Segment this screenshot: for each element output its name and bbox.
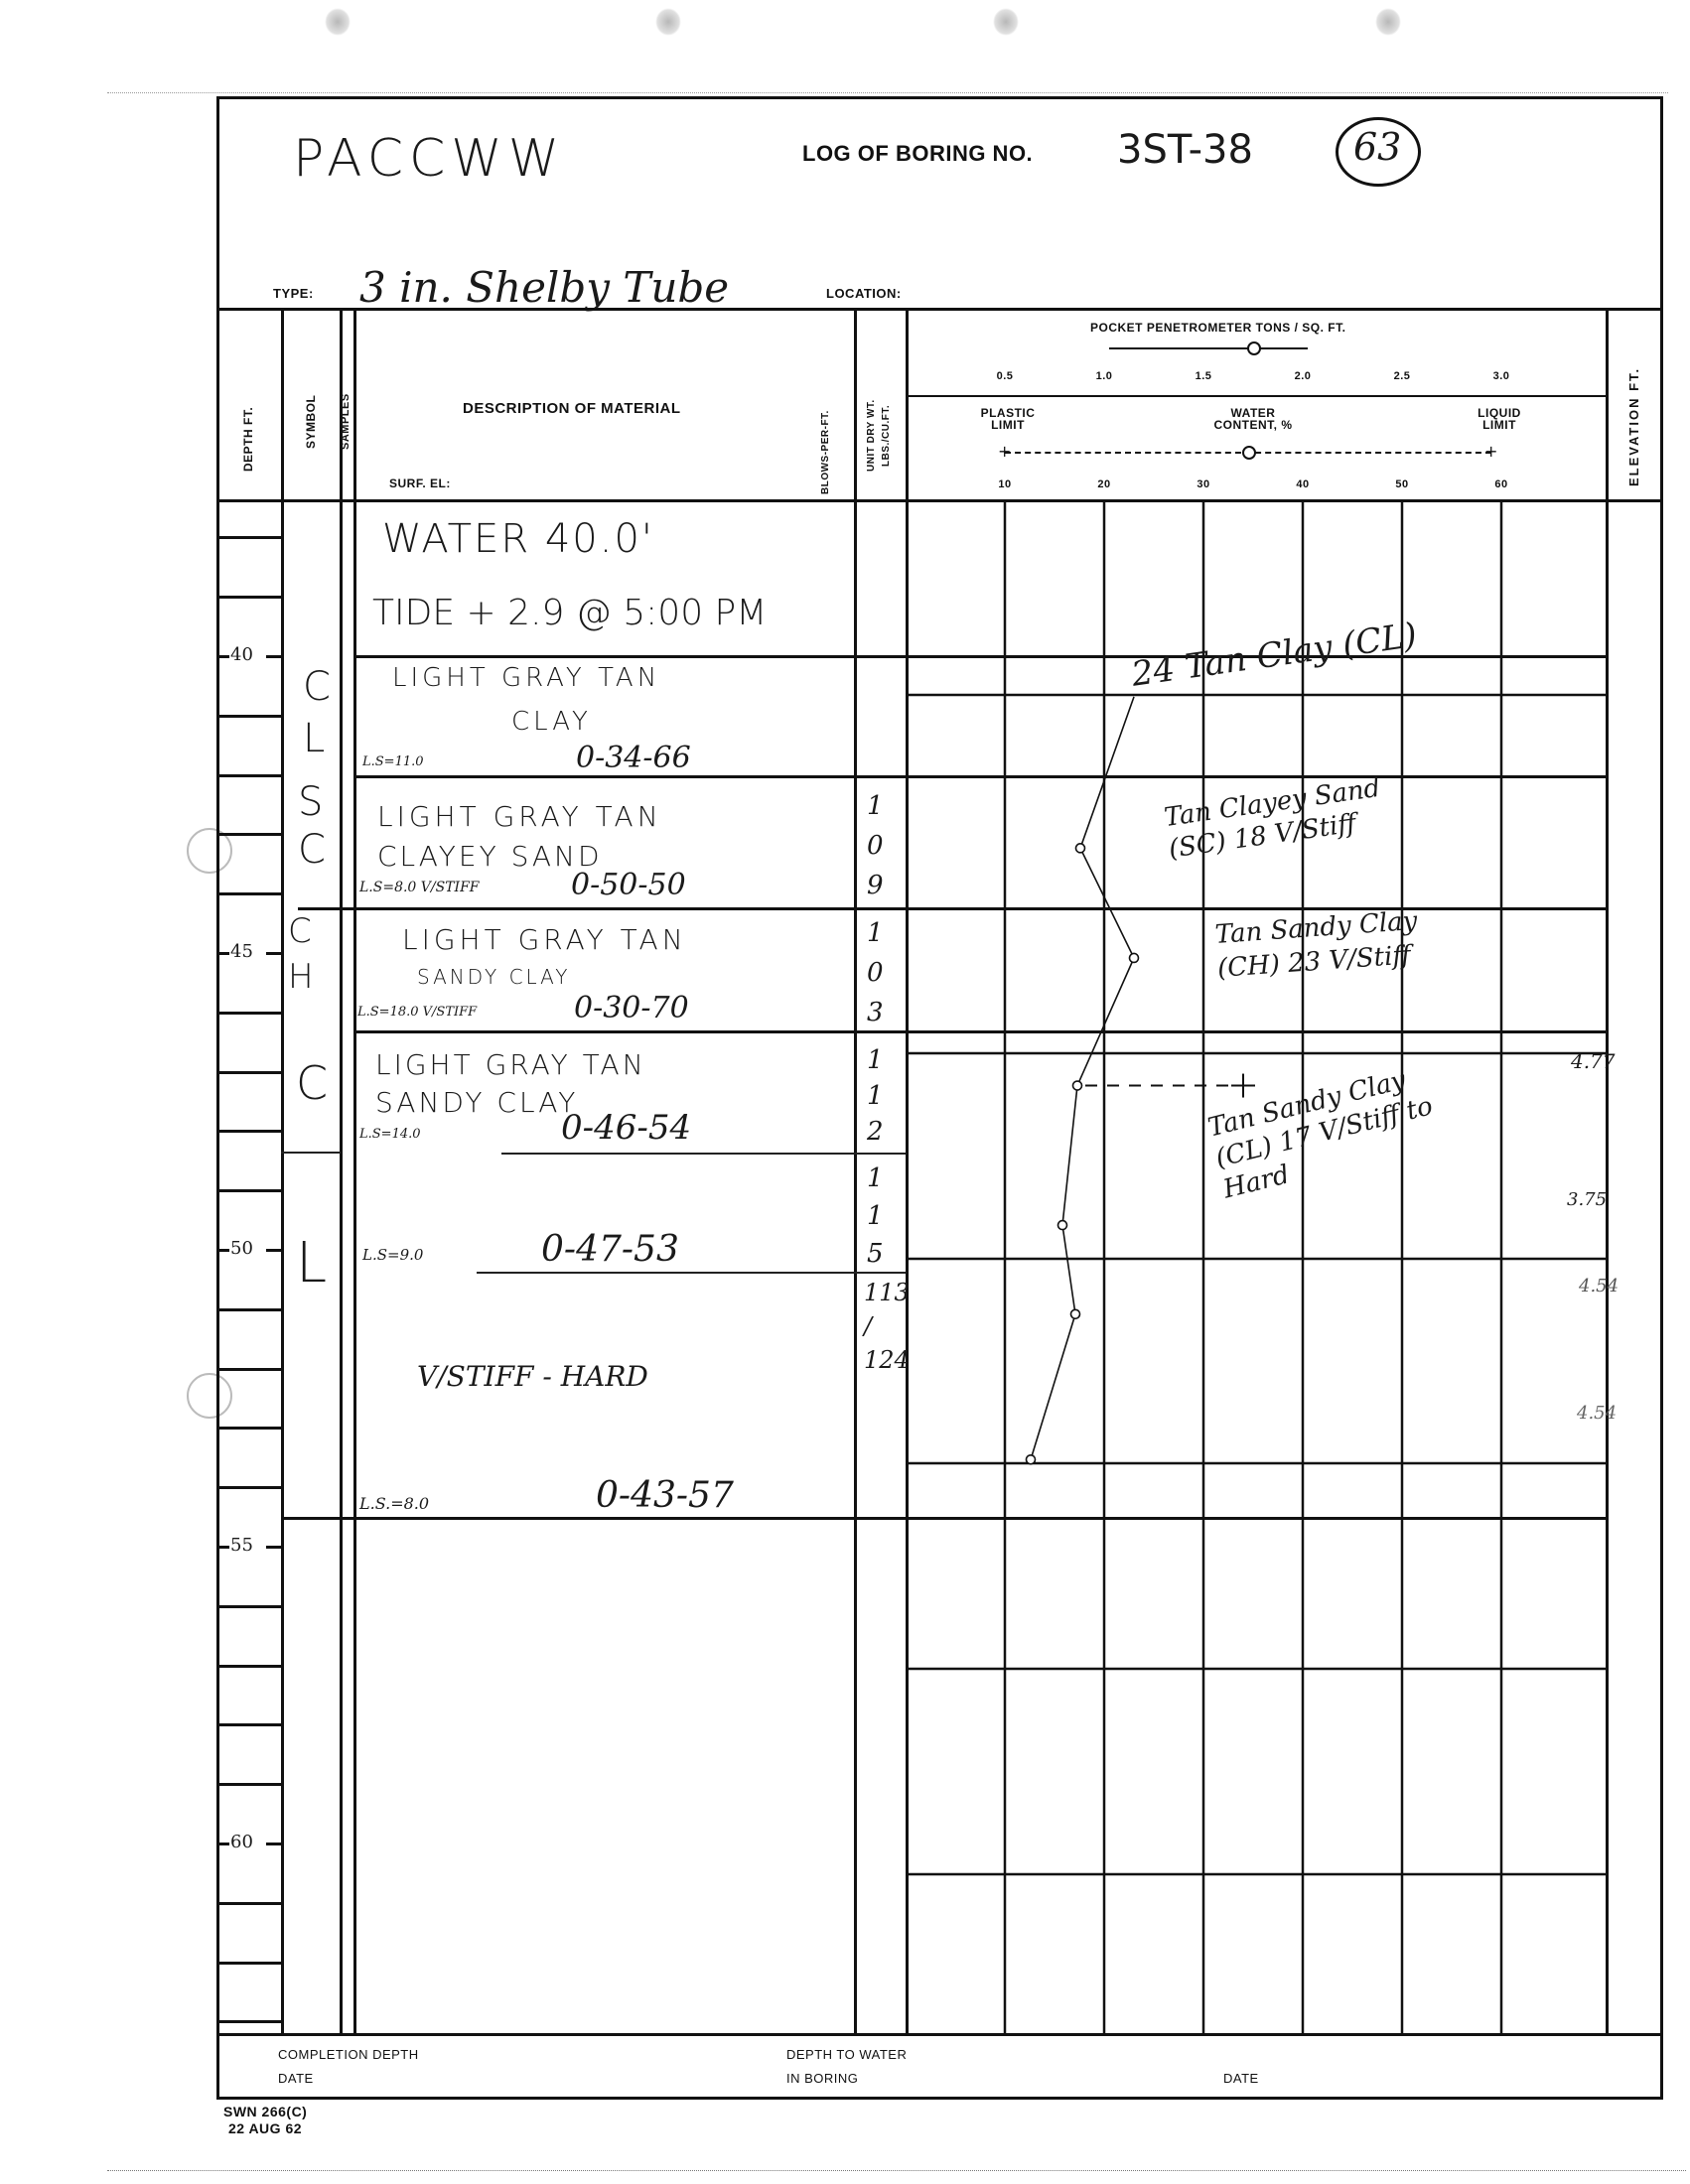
depth-label: 50 (230, 1238, 253, 1259)
depth-tick (219, 655, 229, 658)
circled-number: 63 (1353, 125, 1401, 169)
scan-mark (993, 8, 1019, 36)
penetrometer-tick-label: 0.5 (993, 370, 1017, 382)
scan-mark (325, 8, 351, 36)
layer-4-symbol-b: L (296, 1231, 327, 1296)
layer-1-gradation: 0-34-66 (576, 741, 691, 775)
depth-tick (219, 833, 281, 836)
liquid-limit-marker: + (1484, 446, 1497, 458)
depth-tick (219, 1130, 281, 1133)
type-label: TYPE: (273, 286, 314, 301)
water-content-point (1071, 1309, 1080, 1318)
layer-boundary (353, 1030, 1606, 1033)
sample-6-ls: L.S.=8.0 (359, 1494, 429, 1513)
layer-2-symbol: S C (298, 778, 326, 874)
sample-5-ls: L.S=9.0 (362, 1246, 423, 1264)
layer-4-desc-2: SANDY CLAY (375, 1086, 578, 1119)
depth-tick (219, 715, 281, 718)
water-content-point (1076, 844, 1085, 853)
type-value: 3 in. Shelby Tube (359, 263, 729, 312)
col-divider-symbol (340, 308, 343, 2035)
depth-tick (266, 655, 281, 658)
depth-tick (219, 892, 281, 895)
header-samples: SAMPLES (340, 365, 352, 450)
penetrometer-legend-marker (1247, 341, 1261, 355)
depth-label: 45 (230, 941, 253, 962)
elevation-note-4: 4.54 (1577, 1403, 1617, 1424)
log-title: LOG OF BORING NO. (802, 141, 1033, 167)
water-content-tick-label: 60 (1489, 478, 1513, 490)
water-content-point (1058, 1221, 1067, 1230)
water-content-tick-label: 20 (1092, 478, 1116, 490)
layer-3-desc-2: SANDY CLAY (417, 965, 571, 989)
layer-4-ls: L.S=14.0 (359, 1127, 421, 1142)
layer-2-gradation: 0-50-50 (571, 868, 686, 902)
scan-edge (107, 92, 1668, 94)
penetrometer-tick-label: 3.0 (1489, 370, 1513, 382)
project-name: PACCWW (293, 129, 565, 189)
depth-tick (219, 1546, 229, 1549)
scan-edge (107, 2170, 1686, 2172)
depth-tick (266, 1843, 281, 1845)
col-divider-chart (1606, 308, 1609, 2035)
depth-tick (219, 1665, 281, 1668)
layer-3-symbol: C H (288, 908, 314, 1000)
tide-note: TIDE + 2.9 @ 5:00 PM (372, 593, 767, 633)
footer-date-2: DATE (1223, 2071, 1259, 2086)
depth-tick (219, 1843, 229, 1845)
penetrometer-tick-label: 2.0 (1291, 370, 1315, 382)
depth-tick (219, 1308, 281, 1311)
water-content-plot (906, 501, 1606, 2035)
sample-5-gradation: 0-47-53 (541, 1229, 679, 1270)
elevation-note-1: 4.77 (1571, 1049, 1616, 1073)
plastic-limit-marker: + (998, 446, 1011, 458)
layer-1-symbol: C L (303, 661, 331, 764)
depth-tick (219, 1012, 281, 1015)
depth-tick (219, 774, 281, 777)
header-symbol: SYMBOL (304, 369, 318, 449)
layer-3-desc-1: LIGHT GRAY TAN (402, 923, 687, 956)
chart-header-divider (906, 395, 1606, 397)
footer-in-boring: IN BORING (786, 2071, 858, 2086)
depth-tick (266, 952, 281, 955)
layer-4-symbol-a: C (296, 1056, 328, 1110)
sample-6-dry-wt: 113 / 124 (864, 1276, 904, 1377)
depth-tick (219, 952, 229, 955)
layer-3-symbol-a: C (288, 908, 314, 954)
sample-5-dry-wt: 115 (867, 1160, 897, 1273)
depth-tick (219, 1783, 281, 1786)
liquid-limit-label-2: LIMIT (1470, 419, 1529, 431)
water-content-label-2: CONTENT, % (1203, 419, 1303, 431)
layer-1-symbol-a: C (303, 661, 331, 713)
water-content-tick-label: 40 (1291, 478, 1315, 490)
layer-4-gradation: 0-46-54 (561, 1108, 691, 1148)
depth-tick (219, 1723, 281, 1726)
layer-2-desc-1: LIGHT GRAY TAN (377, 800, 662, 833)
depth-tick (219, 1249, 229, 1252)
elevation-note-2: 3.75 (1567, 1189, 1607, 1210)
plastic-limit-label: PLASTIC LIMIT (978, 407, 1038, 431)
layer-4-dry-wt: 112 (867, 1042, 897, 1150)
col-divider-depth (281, 308, 284, 2035)
layer-2-dry-wt: 109 (867, 786, 897, 905)
form-date: 22 AUG 62 (228, 2120, 302, 2136)
layer-2-desc-2: CLAYEY SAND (377, 840, 603, 873)
water-content-marker (1242, 446, 1256, 460)
water-content-tick-label: 50 (1390, 478, 1414, 490)
water-content-tick-label: 10 (993, 478, 1017, 490)
depth-tick (219, 2020, 281, 2023)
penetrometer-legend-line (1109, 347, 1308, 349)
depth-tick (219, 536, 281, 539)
penetrometer-tick-label: 1.5 (1192, 370, 1215, 382)
penetrometer-tick-label: 2.5 (1390, 370, 1414, 382)
layer-3-gradation: 0-30-70 (574, 991, 689, 1025)
depth-tick (219, 1427, 281, 1430)
depth-tick (219, 1189, 281, 1192)
footer-completion-depth: COMPLETION DEPTH (278, 2047, 419, 2062)
boring-number: 3ST-38 (1117, 127, 1253, 173)
sample-boundary (477, 1272, 906, 1274)
layer-boundary (353, 655, 1606, 658)
symbol-boundary (281, 1152, 341, 1154)
depth-tick (219, 596, 281, 599)
depth-tick (219, 1486, 281, 1489)
layer-1-ls: L.S=11.0 (362, 754, 424, 769)
depth-label: 60 (230, 1832, 253, 1852)
depth-tick (219, 1071, 281, 1074)
layer-3-symbol-b: H (288, 954, 314, 1000)
layer-1-desc-1: LIGHT GRAY TAN (392, 663, 660, 693)
scan-mark (1375, 8, 1401, 36)
depth-label: 55 (230, 1535, 253, 1556)
layer-boundary (281, 1517, 1606, 1520)
liquid-limit-label: LIQUID LIMIT (1470, 407, 1529, 431)
sample-6-gradation: 0-43-57 (596, 1475, 734, 1516)
layer-3-dry-wt: 103 (867, 913, 897, 1032)
layer-2-symbol-b: C (298, 826, 326, 874)
layer-2-ls: L.S=8.0 V/STIFF (359, 880, 480, 895)
header-surf-el: SURF. EL: (389, 477, 451, 490)
sample-boundary (501, 1153, 906, 1155)
water-content-tick-label: 30 (1192, 478, 1215, 490)
header-depth: DEPTH FT. (241, 352, 255, 472)
layer-1-symbol-b: L (303, 713, 331, 764)
plastic-limit-label-2: LIMIT (978, 419, 1038, 431)
header-description: DESCRIPTION OF MATERIAL (463, 400, 681, 417)
depth-tick (219, 1962, 281, 1965)
elevation-note-3: 4.54 (1579, 1276, 1619, 1297)
water-content-point (1027, 1455, 1036, 1464)
depth-label: 40 (230, 644, 253, 665)
footer-depth-to-water: DEPTH TO WATER (786, 2047, 907, 2062)
header-divider (216, 308, 1663, 311)
header-unit-dry-wt-units: LBS./CU.FT. (881, 347, 892, 467)
penetrometer-tick-label: 1.0 (1092, 370, 1116, 382)
header-blows: BLOWS-PER-FT. (820, 336, 831, 494)
water-content-point (1073, 1081, 1082, 1090)
form-id: SWN 266(C) (223, 2105, 307, 2119)
layer-3-ls: L.S=18.0 V/STIFF (357, 1005, 477, 1020)
sample-6-desc: V/STIFF - HARD (417, 1360, 648, 1393)
scan-mark (655, 8, 681, 36)
water-content-point (1130, 953, 1139, 962)
water-content-line (1031, 697, 1134, 1459)
header-elevation: ELEVATION FT. (1626, 338, 1641, 486)
layer-1-desc-2: CLAY (511, 707, 592, 737)
depth-tick (266, 1546, 281, 1549)
col-divider-description (854, 308, 857, 2035)
depth-tick (266, 1249, 281, 1252)
layer-2-symbol-a: S (298, 778, 326, 826)
water-content-label: WATER CONTENT, % (1203, 407, 1303, 431)
location-label: LOCATION: (826, 286, 902, 301)
header-unit-dry-wt: UNIT DRY WT. (866, 342, 877, 472)
footer-date-1: DATE (278, 2071, 314, 2086)
water-note: WATER 40.0' (382, 516, 654, 562)
penetrometer-title: POCKET PENETROMETER TONS / SQ. FT. (1090, 321, 1345, 335)
depth-tick (219, 1605, 281, 1608)
layer-4-desc-1: LIGHT GRAY TAN (375, 1048, 646, 1081)
depth-tick (219, 1902, 281, 1905)
depth-tick (219, 1368, 281, 1371)
col-divider-samples (353, 308, 356, 2035)
